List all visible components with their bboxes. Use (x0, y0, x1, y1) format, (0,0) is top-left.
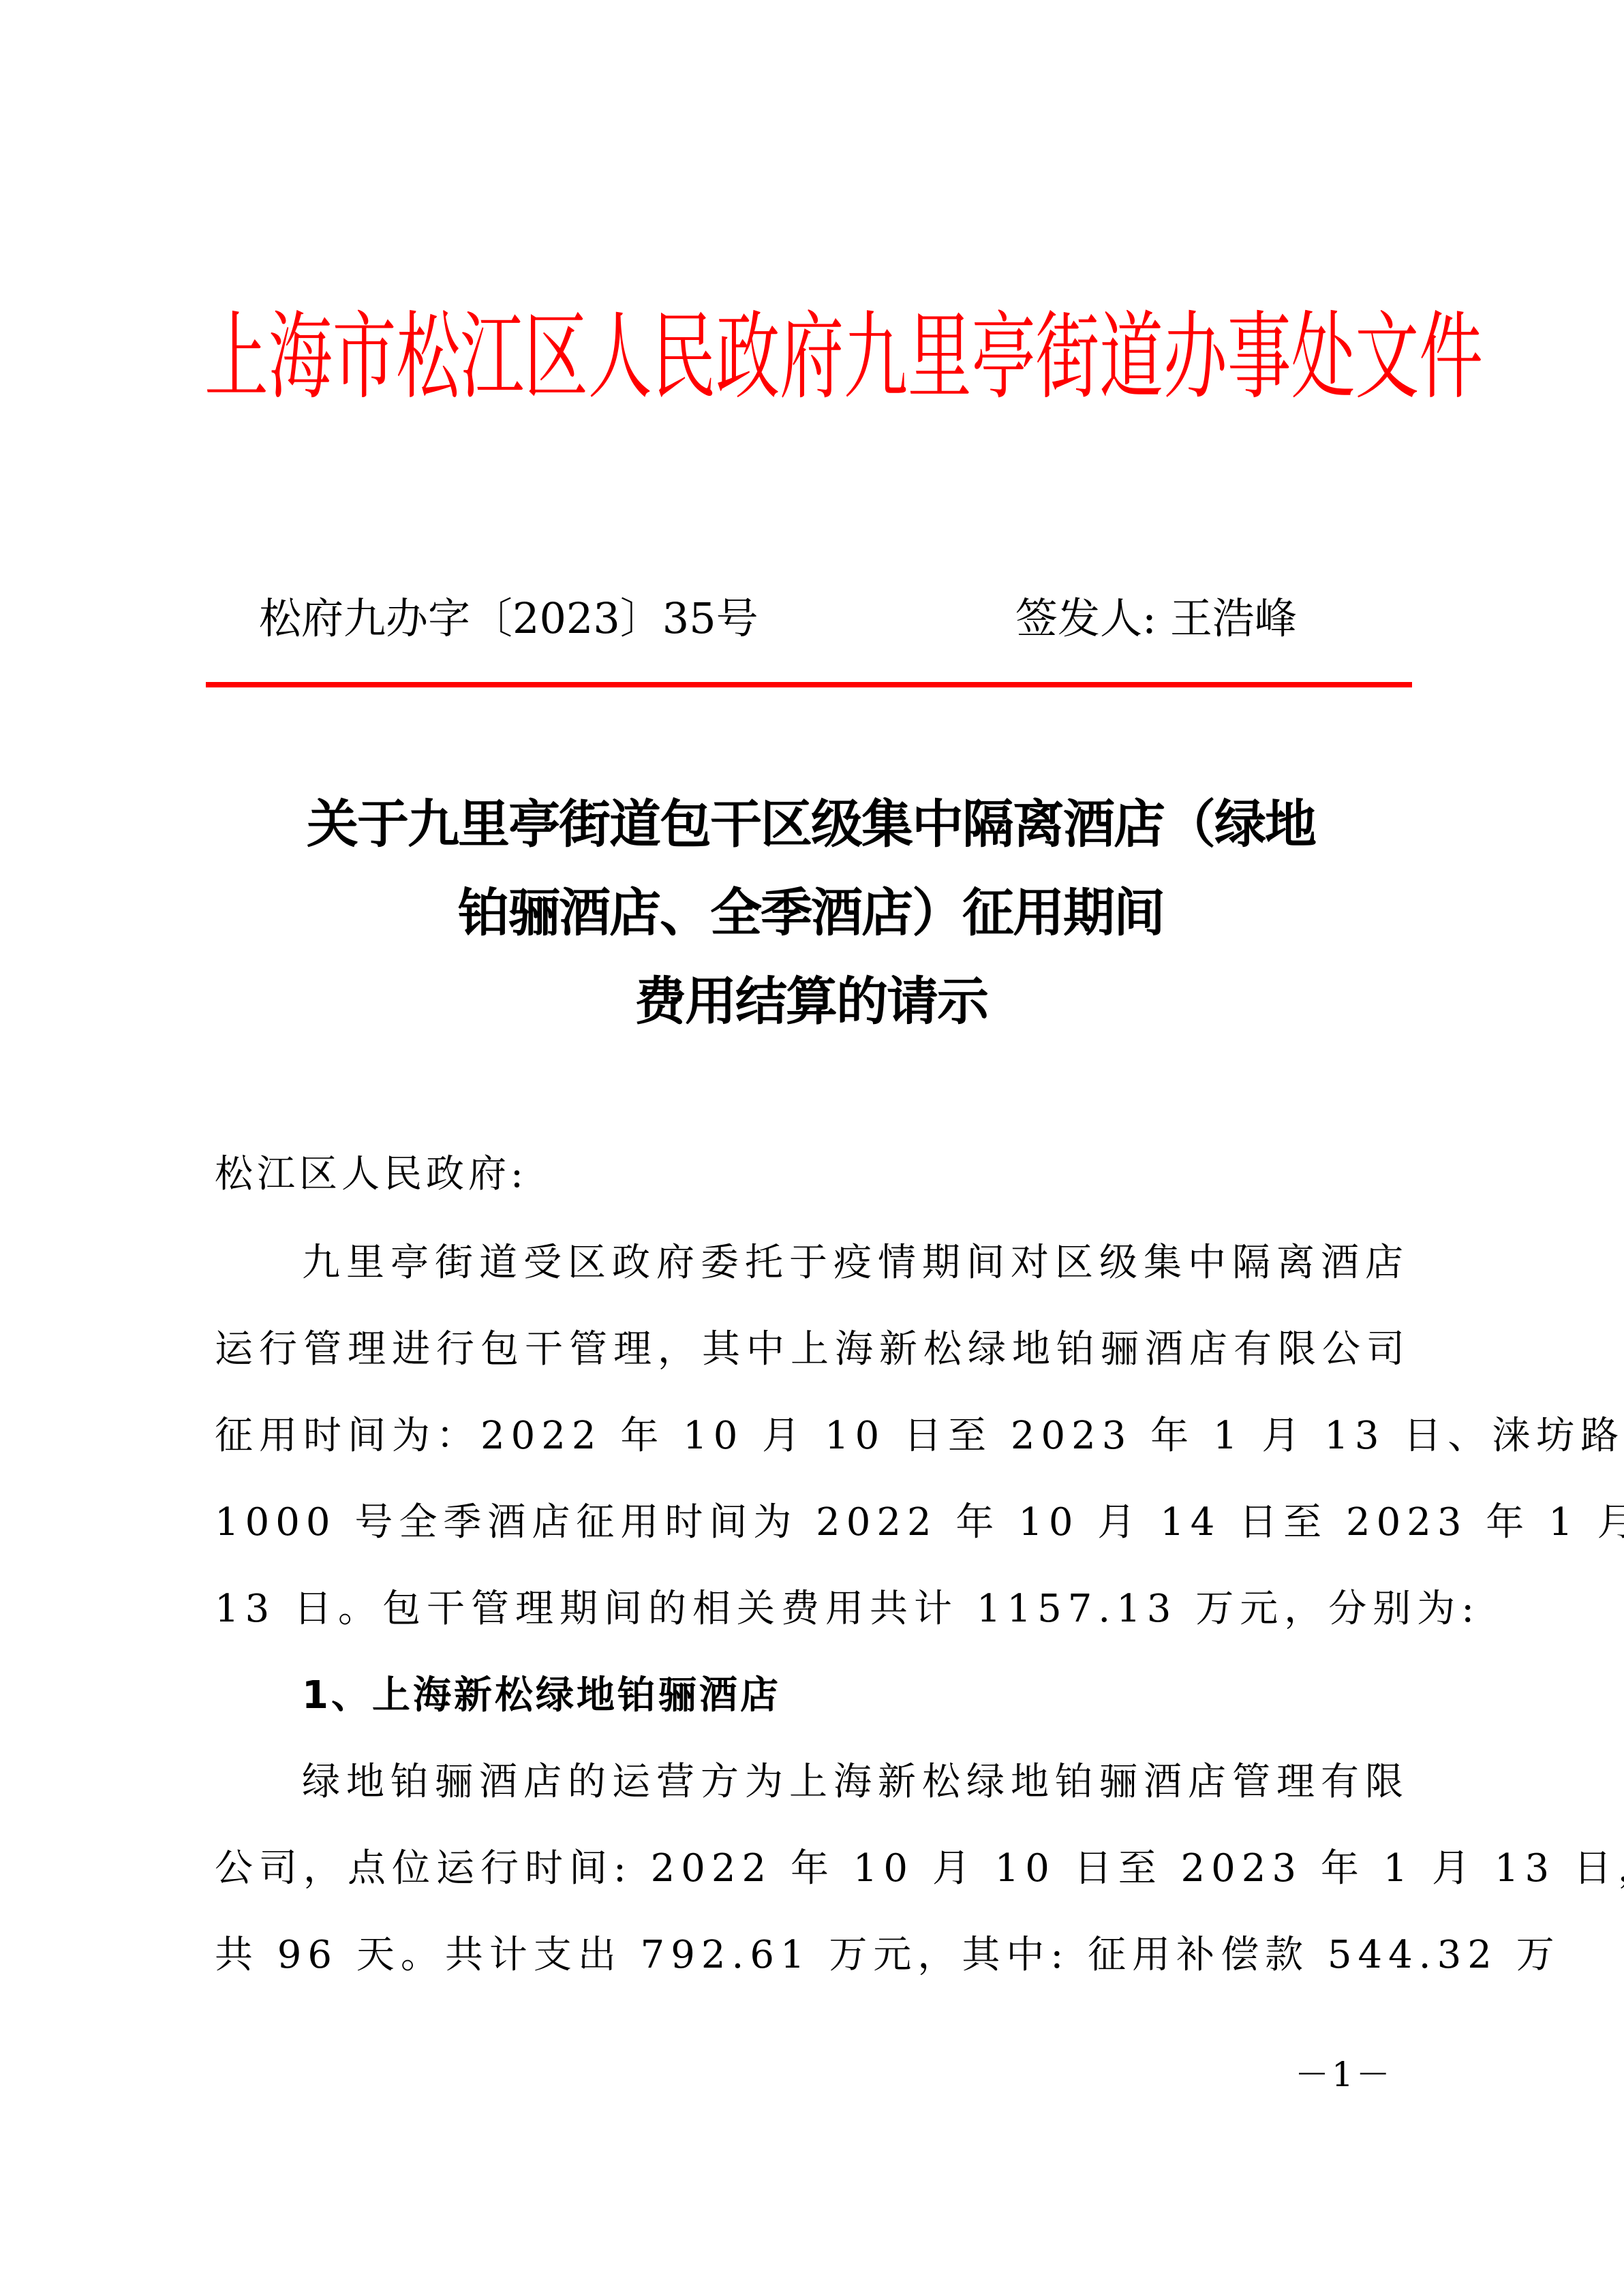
document-title: 关于九里亭街道包干区级集中隔离酒店（绿地 铂骊酒店、全季酒店）征用期间 费用结算… (204, 780, 1418, 1046)
document-number: 松府九办字〔2023〕35号 (259, 591, 759, 646)
issuer-banner: 上海市松江区人民政府九里亭街道办事处文件 (204, 300, 1418, 416)
signer-name: 王浩峰 (1170, 593, 1297, 643)
body-line: 运行管理进行包干管理，其中上海新松绿地铂骊酒店有限公司 (215, 1306, 1414, 1393)
body-line: 绿地铂骊酒店的运营方为上海新松绿地铂骊酒店管理有限 (302, 1739, 1414, 1825)
document-page: 上海市松江区人民政府九里亭街道办事处文件 松府九办字〔2023〕35号 签发人:… (0, 0, 1624, 2296)
signer-label: 签发人: (1015, 593, 1156, 643)
body-line: 公司，点位运行时间: 2022 年 10 月 10 日至 2023 年 1 月 … (215, 1825, 1414, 1912)
title-line: 费用结算的请示 (204, 957, 1418, 1046)
salutation: 松江区人民政府: (215, 1131, 527, 1217)
body-line: 征用时间为：2022 年 10 月 10 日至 2023 年 1 月 13 日、… (215, 1393, 1414, 1479)
body-line: 1000 号全季酒店征用时间为 2022 年 10 月 14 日至 2023 年… (215, 1479, 1414, 1566)
title-line: 铂骊酒店、全季酒店）征用期间 (204, 869, 1418, 957)
body-line: 九里亭街道受区政府委托于疫情期间对区级集中隔离酒店 (302, 1220, 1414, 1306)
body-line: 共 96 天。共计支出 792.61 万元，其中: 征用补偿款 544.32 万 (215, 1912, 1414, 1998)
page-number: －1－ (1295, 2054, 1393, 2095)
section-heading: 1、上海新松绿地铂骊酒店 (302, 1652, 1414, 1739)
body-line: 13 日。包干管理期间的相关费用共计 1157.13 万元，分别为: (215, 1566, 1414, 1652)
title-line: 关于九里亭街道包干区级集中隔离酒店（绿地 (204, 780, 1418, 869)
issuer-banner-text: 上海市松江区人民政府九里亭街道办事处文件 (204, 300, 1483, 416)
signer: 签发人:王浩峰 (1015, 591, 1297, 646)
red-separator-rule (206, 682, 1412, 687)
